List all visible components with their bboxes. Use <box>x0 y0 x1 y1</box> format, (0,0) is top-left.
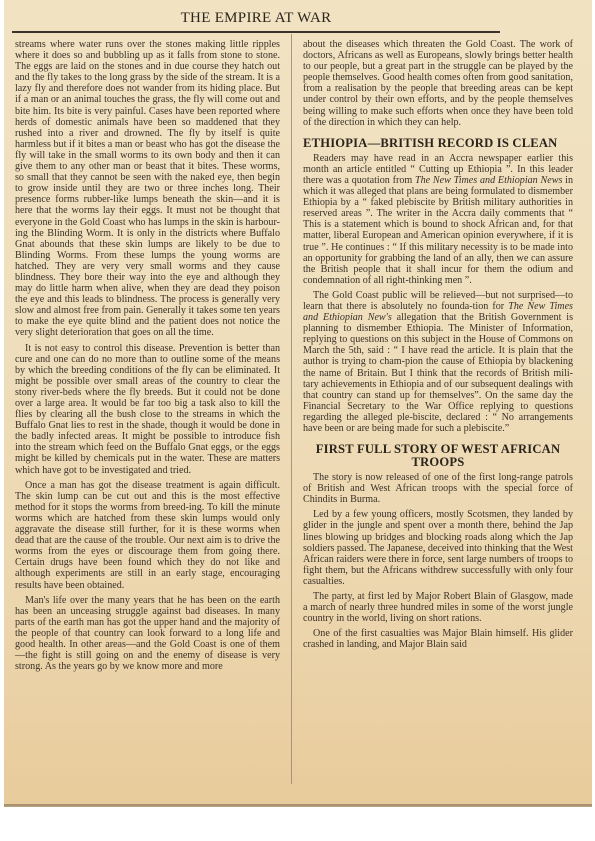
article-continuation: about the diseases which threaten the Go… <box>303 39 573 128</box>
column-divider <box>291 34 292 784</box>
article-paragraph: The party, at first led by Major Robert … <box>303 591 573 624</box>
article-paragraph: Readers may have read in an Accra newspa… <box>303 153 573 286</box>
right-column: about the diseases which threaten the Go… <box>303 39 573 655</box>
article-paragraph: Man's life over the many years that he h… <box>15 595 280 673</box>
article-paragraph: Once a man has got the disease treatment… <box>15 480 280 591</box>
article-paragraph: streams where water runs over the stones… <box>15 39 280 339</box>
article-paragraph: One of the first casualties was Major Bl… <box>303 628 573 650</box>
headline-west-african-troops: FIRST FULL STORY OF WEST AFRICAN TROOPS <box>303 443 573 469</box>
left-column: streams where water runs over the stones… <box>15 39 280 676</box>
article-paragraph: The Gold Coast public will be relieved—b… <box>303 290 573 434</box>
masthead-title: THE EMPIRE AT WAR <box>12 10 500 27</box>
article-paragraph: Led by a few young officers, mostly Scot… <box>303 509 573 587</box>
publication-name: The New Times and Ethiopian News <box>415 175 562 186</box>
article-paragraph: The story is now released of one of the … <box>303 472 573 505</box>
publication-name: The New Times and Ethiopian New's <box>303 301 573 323</box>
headline-ethiopia: ETHIOPIA—BRITISH RECORD IS CLEAN <box>303 137 573 150</box>
article-paragraph: It is not easy to control this disease. … <box>15 343 280 476</box>
masthead-rule <box>12 31 500 33</box>
newspaper-page: THE EMPIRE AT WAR streams where water ru… <box>4 0 592 806</box>
